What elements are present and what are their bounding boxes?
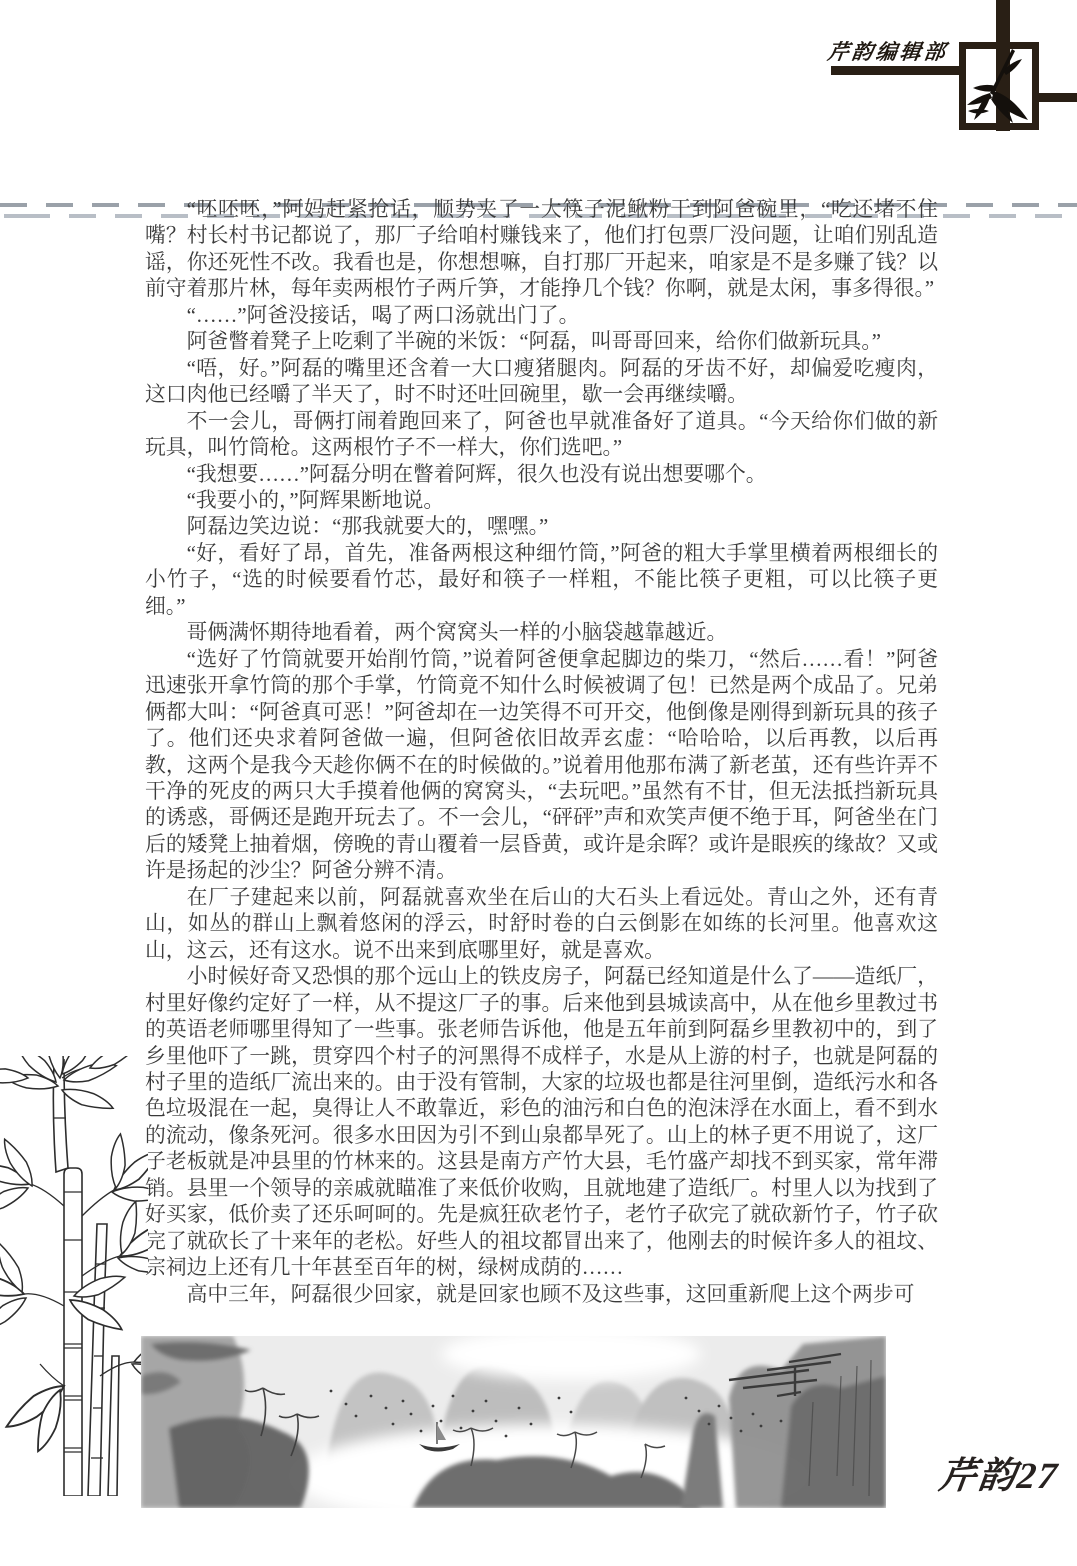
story-paragraph: 小时候好奇又恐惧的那个远山上的铁皮房子，阿磊已经知道是什么了——造纸厂，村里好像… xyxy=(145,964,938,1281)
page-number: 芹韵27 xyxy=(937,1445,1063,1499)
story-paragraph: 不一会儿，哥俩打闹着跑回来了，阿爸也早就准备好了道具。“今天给你们做的新玩具，叫… xyxy=(145,409,938,462)
story-paragraph: “好，看好了昂，首先，准备两根这种细竹筒，”阿爸的粗大手掌里横着两根细长的小竹子… xyxy=(145,541,938,620)
bamboo-line-art xyxy=(0,1056,148,1496)
story-text: “呸呸呸，”阿妈赶紧抢话，顺势夹了一大筷子泥鳅粉干到阿爸碗里，“吃还堵不住嘴？村… xyxy=(145,197,938,1308)
story-paragraph: “选好了竹筒就要开始削竹筒，”说着阿爸便拿起脚边的柴刀，“然后……看！”阿爸迅速… xyxy=(145,647,938,885)
story-paragraph: 高中三年，阿磊很少回家，就是回家也顾不及这些事，这回重新爬上这个两步可 xyxy=(145,1282,938,1308)
story-paragraph: 阿爸瞥着凳子上吃剩了半碗的米饭：“阿磊，叫哥哥回来，给你们做新玩具。” xyxy=(145,329,938,355)
magazine-page: 芹韵编辑部 “呸呸呸，”阿妈赶紧抢话，顺势夹了一大筷子泥鳅粉干到阿爸碗里，“吃还… xyxy=(0,0,1077,1566)
story-paragraph: “我要小的，”阿辉果断地说。 xyxy=(145,488,938,514)
ink-landscape-painting xyxy=(141,1336,886,1508)
bamboo-in-frame-icon xyxy=(966,49,1032,123)
story-paragraph: 哥俩满怀期待地看着，两个窝窝头一样的小脑袋越靠越近。 xyxy=(145,620,938,646)
story-paragraph: “呸呸呸，”阿妈赶紧抢话，顺势夹了一大筷子泥鳅粉干到阿爸碗里，“吃还堵不住嘴？村… xyxy=(145,197,938,303)
header-rule-left xyxy=(831,66,963,75)
story-paragraph: “……”阿爸没接话，喝了两口汤就出门了。 xyxy=(145,303,938,329)
story-paragraph: 在厂子建起来以前，阿磊就喜欢坐在后山的大石头上看远处。青山之外，还有青山，如丛的… xyxy=(145,885,938,964)
story-paragraph: “我想要……”阿磊分明在瞥着阿辉，很久也没有说出想要哪个。 xyxy=(145,462,938,488)
editorial-department-label: 芹韵编辑部 xyxy=(826,36,950,66)
story-paragraph: “唔，好。”阿磊的嘴里还含着一大口瘦猪腿肉。阿磊的牙齿不好，却偏爱吃瘦肉，这口肉… xyxy=(145,356,938,409)
header-rule-right xyxy=(1039,93,1077,102)
story-paragraph: 阿磊边笑边说：“那我就要大的，嘿嘿。” xyxy=(145,514,938,540)
